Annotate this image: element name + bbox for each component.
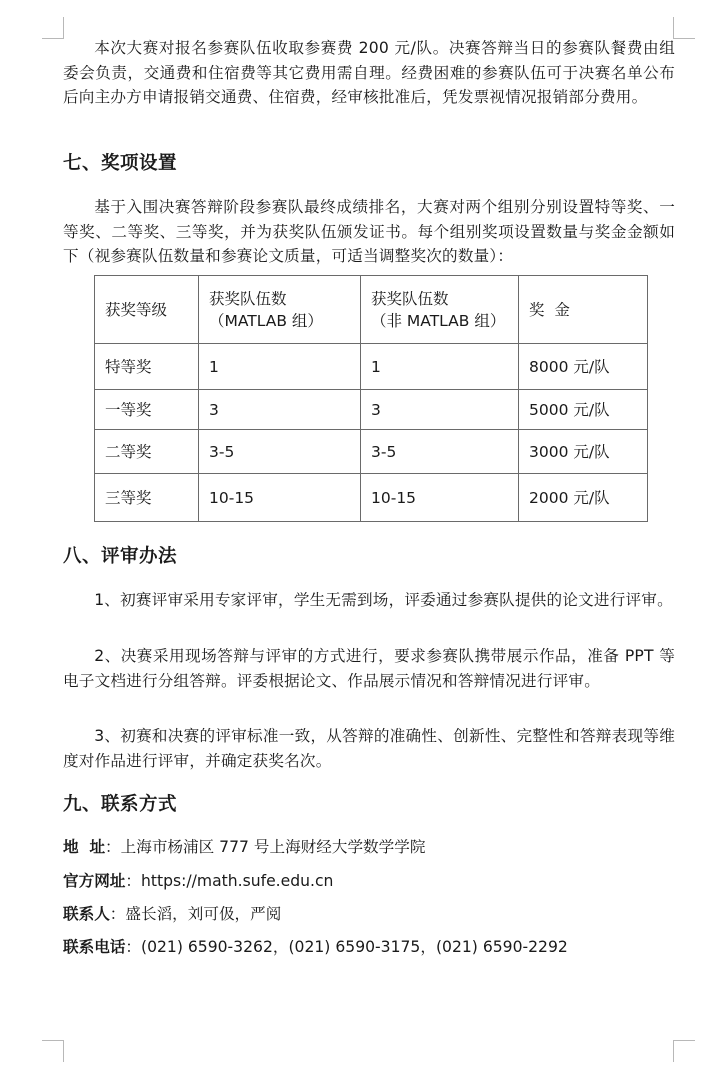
header-matlab-teams-line2: （MATLAB 组） — [209, 310, 360, 332]
contact-phone: 联系电话：(021) 6590-3262，(021) 6590-3175，(02… — [63, 935, 568, 957]
cell-non-matlab: 3-5 — [361, 430, 519, 474]
contact-persons: 联系人：盛长滔，刘可伋，严阅 — [63, 902, 281, 924]
cell-non-matlab: 10-15 — [361, 474, 519, 522]
header-matlab-teams: 获奖队伍数 （MATLAB 组） — [199, 276, 361, 344]
cell-prize: 3000 元/队 — [519, 430, 648, 474]
judging-item-2: 2、决赛采用现场答辩与评审的方式进行，要求参赛队携带展示作品，准备 PPT 等电… — [63, 644, 675, 693]
awards-intro-paragraph: 基于入围决赛答辩阶段参赛队最终成绩排名，大赛对两个组别分别设置特等奖、一等奖、二… — [63, 195, 675, 269]
section-8-heading: 八、评审办法 — [63, 542, 177, 568]
contacts-value: ：盛长滔，刘可伋，严阅 — [110, 905, 282, 923]
header-prize: 奖 金 — [519, 276, 648, 344]
header-award-level: 获奖等级 — [95, 276, 199, 344]
address-value: ：上海市杨浦区 777 号上海财经大学数学学院 — [105, 838, 425, 856]
awards-table: 获奖等级 获奖队伍数 （MATLAB 组） 获奖队伍数 （非 MATLAB 组）… — [94, 275, 648, 522]
cell-level: 特等奖 — [95, 344, 199, 390]
section-9-heading: 九、联系方式 — [63, 790, 177, 816]
cell-level: 三等奖 — [95, 474, 199, 522]
table-row: 三等奖 10-15 10-15 2000 元/队 — [95, 474, 648, 522]
website-label: 官方网址 — [63, 872, 125, 890]
header-non-matlab-teams-line2: （非 MATLAB 组） — [371, 310, 518, 332]
section-7-heading: 七、奖项设置 — [63, 149, 177, 175]
phone-label: 联系电话 — [63, 938, 125, 956]
cell-non-matlab: 1 — [361, 344, 519, 390]
table-row: 特等奖 1 1 8000 元/队 — [95, 344, 648, 390]
judging-item-1: 1、初赛评审采用专家评审，学生无需到场，评委通过参赛队提供的论文进行评审。 — [63, 588, 675, 613]
cell-prize: 2000 元/队 — [519, 474, 648, 522]
table-row: 二等奖 3-5 3-5 3000 元/队 — [95, 430, 648, 474]
cell-matlab: 1 — [199, 344, 361, 390]
fee-paragraph: 本次大赛对报名参赛队伍收取参赛费 200 元/队。决赛答辩当日的参赛队餐费由组委… — [63, 36, 675, 110]
cell-prize: 8000 元/队 — [519, 344, 648, 390]
page-corner-mark-bottom-right — [673, 1040, 695, 1062]
cell-level: 一等奖 — [95, 390, 199, 430]
cell-matlab: 3-5 — [199, 430, 361, 474]
contact-website: 官方网址：https://math.sufe.edu.cn — [63, 869, 333, 891]
contacts-label: 联系人 — [63, 905, 110, 923]
table-row: 一等奖 3 3 5000 元/队 — [95, 390, 648, 430]
cell-prize: 5000 元/队 — [519, 390, 648, 430]
header-non-matlab-teams: 获奖队伍数 （非 MATLAB 组） — [361, 276, 519, 344]
cell-matlab: 10-15 — [199, 474, 361, 522]
cell-matlab: 3 — [199, 390, 361, 430]
address-label: 地 址 — [63, 838, 105, 856]
header-non-matlab-teams-line1: 获奖队伍数 — [371, 288, 518, 310]
judging-item-3: 3、初赛和决赛的评审标准一致，从答辩的准确性、创新性、完整性和答辩表现等维度对作… — [63, 724, 675, 773]
contact-address: 地 址：上海市杨浦区 777 号上海财经大学数学学院 — [63, 835, 425, 857]
table-header-row: 获奖等级 获奖队伍数 （MATLAB 组） 获奖队伍数 （非 MATLAB 组）… — [95, 276, 648, 344]
cell-level: 二等奖 — [95, 430, 199, 474]
page-corner-mark-top-right — [673, 17, 695, 39]
page-corner-mark-top-left — [42, 17, 64, 39]
header-matlab-teams-line1: 获奖队伍数 — [209, 288, 360, 310]
cell-non-matlab: 3 — [361, 390, 519, 430]
page-corner-mark-bottom-left — [42, 1040, 64, 1062]
phone-value: ：(021) 6590-3262，(021) 6590-3175，(021) 6… — [125, 938, 567, 956]
website-link[interactable]: ：https://math.sufe.edu.cn — [125, 872, 333, 890]
